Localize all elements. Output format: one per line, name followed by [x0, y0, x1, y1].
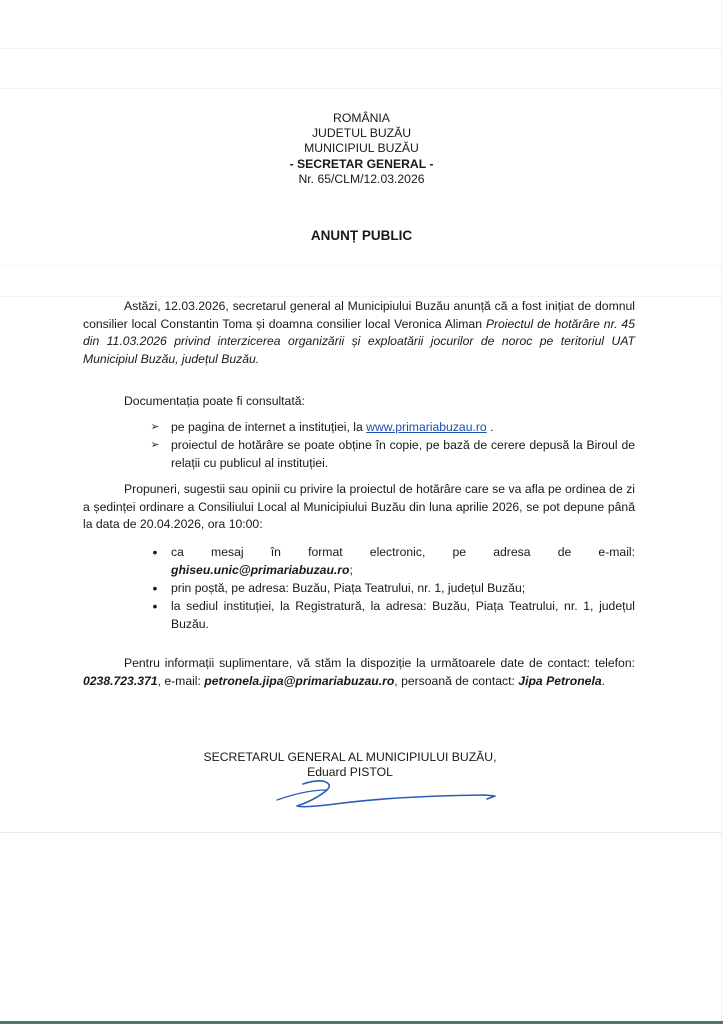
list-item: • la sediul instituției, la Registratură…: [147, 597, 635, 633]
contact-email[interactable]: petronela.jipa@primariabuzau.ro: [204, 674, 394, 688]
arrow-bullet-icon: ➢: [147, 418, 163, 436]
proposals-paragraph: Propuneri, sugestii sau opinii cu privir…: [83, 481, 635, 534]
header-country: ROMÂNIA: [0, 111, 723, 126]
header-municipality: MUNICIPIUL BUZĂU: [0, 141, 723, 156]
handwritten-signature: [275, 778, 505, 810]
website-link[interactable]: www.primariabuzau.ro: [366, 420, 487, 434]
contact-phone: 0238.723.371: [83, 674, 158, 688]
list-item: • camesajînformatelectronic,peadresadee-…: [147, 543, 635, 579]
scan-line: [0, 48, 723, 49]
intro-paragraph: Astăzi, 12.03.2026, secretarul general a…: [83, 298, 635, 368]
bullet-dot-icon: •: [147, 597, 163, 615]
proposals-list: • camesajînformatelectronic,peadresadee-…: [147, 543, 635, 633]
documentation-label: Documentația poate fi consultată:: [124, 393, 305, 411]
scan-line: [0, 88, 723, 89]
bullet-dot-icon: •: [147, 543, 163, 561]
header-county: JUDETUL BUZĂU: [0, 126, 723, 141]
document-header: ROMÂNIA JUDETUL BUZĂU MUNICIPIUL BUZĂU -…: [0, 111, 723, 187]
submission-email[interactable]: ghiseu.unic@primariabuzau.ro: [171, 563, 349, 577]
bullet-dot-icon: •: [147, 579, 163, 597]
contact-paragraph: Pentru informații suplimentare, vă stăm …: [83, 655, 635, 690]
signature-block: SECRETARUL GENERAL AL MUNICIPIULUI BUZĂU…: [0, 750, 700, 780]
arrow-bullet-icon: ➢: [147, 436, 163, 454]
signatory-role: SECRETARUL GENERAL AL MUNICIPIULUI BUZĂU…: [0, 750, 700, 765]
list-item: • prin poștă, pe adresa: Buzău, Piața Te…: [147, 579, 635, 597]
scan-line: [0, 296, 723, 297]
document-title: ANUNȚ PUBLIC: [0, 228, 723, 243]
header-reference: Nr. 65/CLM/12.03.2026: [0, 172, 723, 187]
scan-line: [0, 265, 723, 266]
list-item: ➢ pe pagina de internet a instituției, l…: [147, 418, 635, 436]
scan-line: [0, 832, 723, 833]
list-item: ➢ proiectul de hotărâre se poate obține …: [147, 436, 635, 472]
documentation-list: ➢ pe pagina de internet a instituției, l…: [147, 418, 635, 472]
contact-person: Jipa Petronela: [518, 674, 601, 688]
header-office: - SECRETAR GENERAL -: [0, 157, 723, 172]
